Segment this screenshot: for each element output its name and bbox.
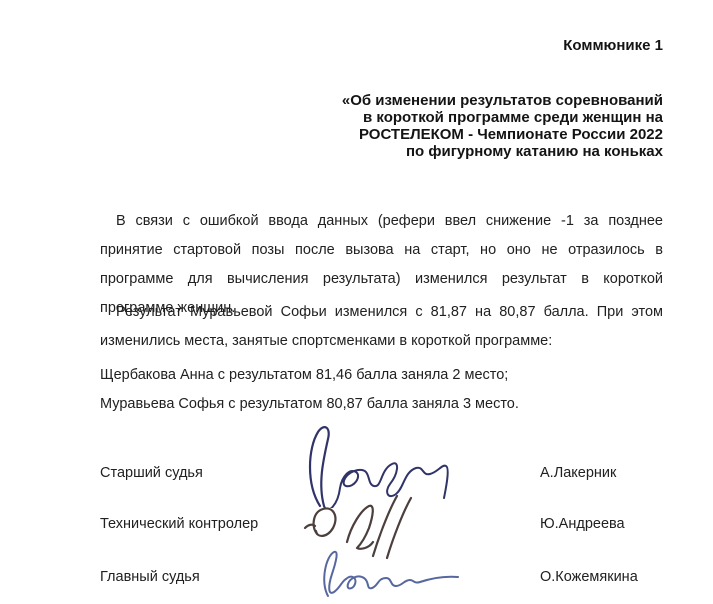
signature-name-label: А.Лакерник xyxy=(540,465,616,481)
signature-name-label: О.Кожемякина xyxy=(540,569,638,585)
signature-role-label: Главный судья xyxy=(100,569,200,585)
signature-name-label: Ю.Андреева xyxy=(540,516,625,532)
communique-number: Коммюнике 1 xyxy=(563,37,663,54)
handwritten-signature-kozhemyakina xyxy=(316,548,461,600)
result-line-muravyova: Муравьева Софья с результатом 80,87 балл… xyxy=(100,390,663,419)
title-line-3: РОСТЕЛЕКОМ - Чемпионате России 2022 xyxy=(342,126,663,143)
document-title: «Об изменении результатов соревнований в… xyxy=(342,92,663,160)
title-line-1: «Об изменении результатов соревнований xyxy=(342,92,663,109)
result-line-shcherbakova: Щербакова Анна с результатом 81,46 балла… xyxy=(100,361,663,390)
title-line-4: по фигурному катанию на коньках xyxy=(342,143,663,160)
results-list: Щербакова Анна с результатом 81,46 балла… xyxy=(100,361,663,419)
paragraph-result-change: Результат Муравьевой Софьи изменился с 8… xyxy=(100,298,663,356)
signature-role-label: Технический контролер xyxy=(100,516,258,532)
document-page: Коммюнике 1 «Об изменении результатов со… xyxy=(0,0,713,604)
title-line-2: в короткой программе среди женщин на xyxy=(342,109,663,126)
signature-role-label: Старший судья xyxy=(100,465,203,481)
